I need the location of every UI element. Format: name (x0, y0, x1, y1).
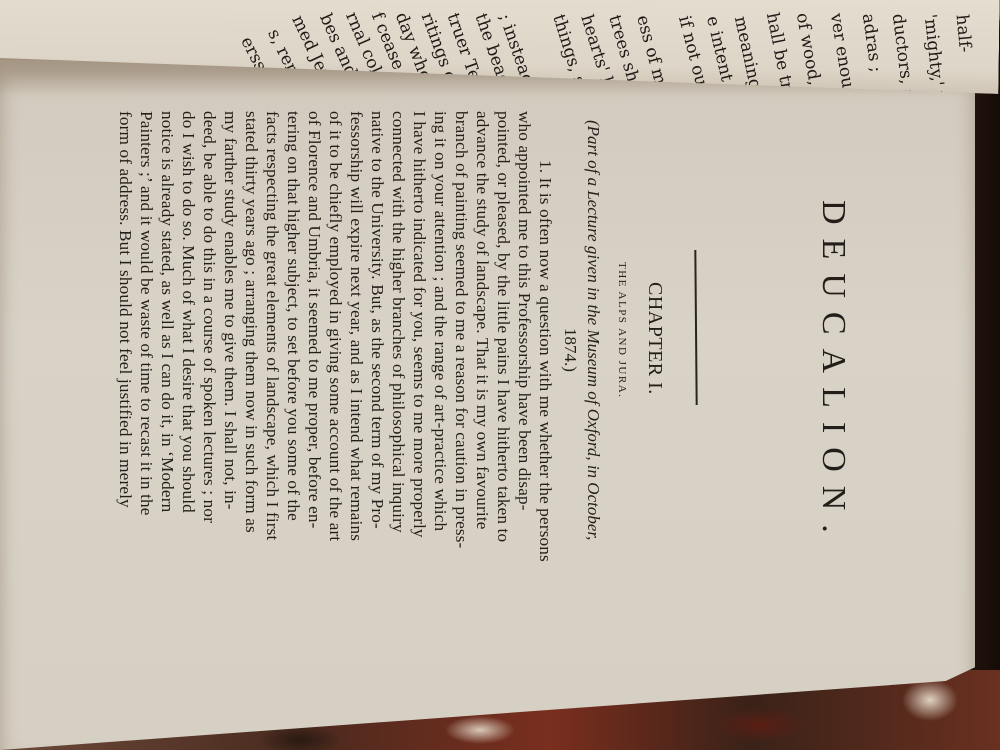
lecture-note: (Part of a Lecture given in the Museum o… (583, 120, 603, 540)
body-line: tering on that higher subject, to set be… (283, 111, 303, 521)
book-title: DEUCALION. (814, 200, 852, 547)
body-line: deed, be able to do this in a course of … (199, 111, 219, 523)
chapter-heading: CHAPTER I. (643, 282, 666, 395)
body-line: who appointed me to this Professorship h… (514, 111, 534, 511)
prev-page-fragment: adras ; (858, 12, 886, 73)
body-line: of it to be chiefly employed in giving s… (325, 111, 345, 541)
body-line: native to the University. But, as the se… (367, 111, 387, 529)
prev-page-fragment: ductors, as I sat (888, 13, 925, 94)
chapter-subtitle: THE ALPS AND JURA. (616, 262, 628, 398)
body-line: my farther study enables me to give them… (220, 111, 240, 510)
body-line: do I wish to do so. Much of what I desir… (178, 111, 198, 513)
body-line: I have hitherto indicated for you, seems… (409, 111, 429, 538)
body-line: fessorship will expire next year, and as… (346, 111, 366, 541)
body-line: notice is already stated, as well as I c… (157, 111, 177, 512)
prev-page-fragment: 'mighty,' write of (920, 13, 956, 94)
body-line: Painters ;’ and it would be waste of tim… (136, 111, 156, 516)
body-line: branch of painting seemed to me a reason… (451, 111, 471, 548)
body-line: connected with the higher branches of ph… (388, 111, 408, 533)
body-line: stated thirty years ago ; arranging them… (241, 111, 261, 533)
body-line: ing it on your attention ; and the range… (430, 111, 450, 531)
body-line: form of address. But I should not feel j… (115, 111, 135, 508)
prev-page-fragment: half- (952, 14, 975, 54)
body-line: pointed, or pleased, by the little pains… (493, 111, 513, 542)
body-line: of Florence and Umbria, it seemed to me … (304, 111, 324, 529)
lecture-note-year: 1874.) (560, 328, 580, 372)
body-line: advance the study of landscape. That it … (472, 111, 492, 530)
body-line: 1. It is often now a question with me wh… (535, 160, 555, 562)
body-line: facts respecting the great elements of l… (262, 111, 282, 540)
prev-page-fragment: of wood, and (792, 11, 831, 94)
